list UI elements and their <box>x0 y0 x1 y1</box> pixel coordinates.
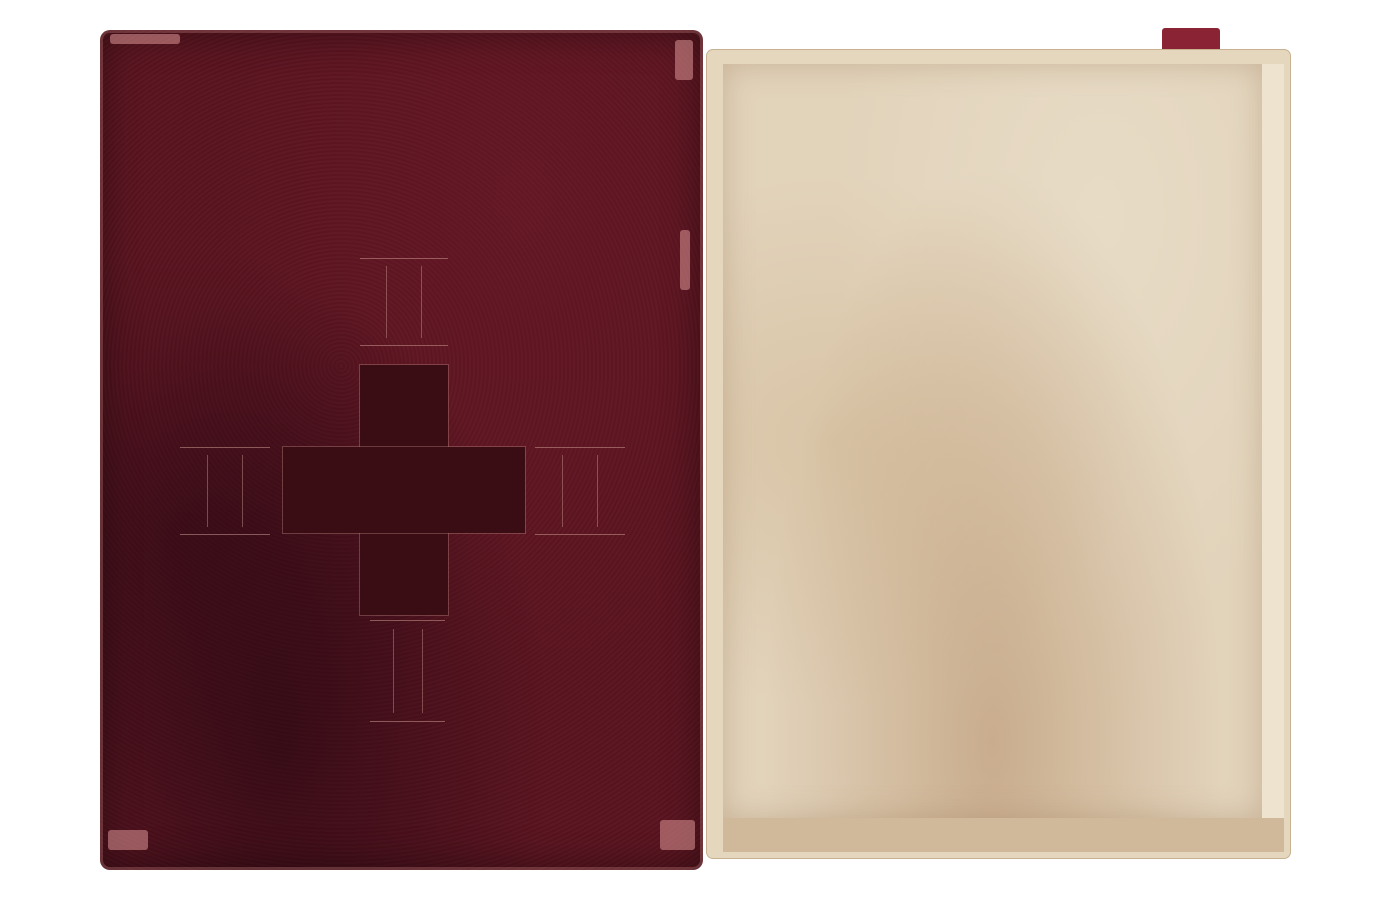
ribbon-tab <box>1162 28 1220 50</box>
embossed-glyph-bottom <box>370 620 445 722</box>
wear-mark <box>680 230 690 290</box>
embossed-glyph-top <box>360 258 448 346</box>
tray-interior <box>723 64 1262 818</box>
wear-mark <box>110 34 180 44</box>
embossed-glyph-left <box>180 447 270 535</box>
box-tray <box>707 50 1290 858</box>
embossed-glyph-right <box>535 447 625 535</box>
tray-wall-right <box>1262 64 1284 838</box>
wear-mark <box>675 40 693 80</box>
tray-wall-bottom <box>723 818 1284 852</box>
wear-mark <box>660 820 695 850</box>
wear-mark <box>108 830 148 850</box>
embossed-cross-horizontal <box>283 447 525 533</box>
